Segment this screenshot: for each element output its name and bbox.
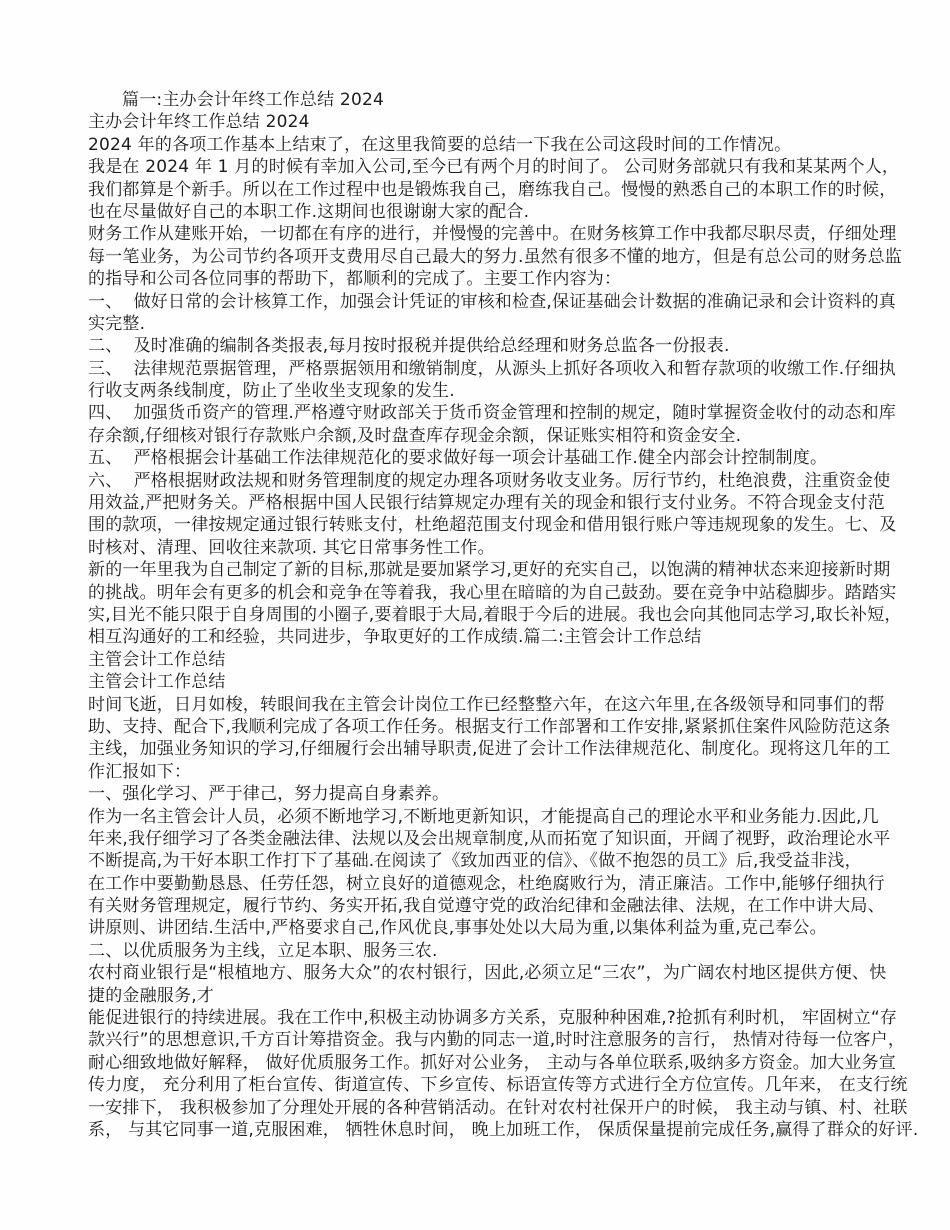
text-line: 耐心细致地做好解释， 做好优质服务工作。抓好对公业务， 主动与各单位联系,吸纳多…	[88, 1052, 920, 1074]
text-line: 主办会计年终工作总结 2024	[88, 111, 920, 133]
text-line: 一安排下， 我积极参加了分理处开展的各种营销活动。在针对农村社保开户的时候， 我…	[88, 1097, 920, 1119]
text-line: 系， 与其它同事一道,克服困难， 牺牲休息时间， 晚上加班工作， 保质保量提前完…	[88, 1119, 920, 1141]
text-line: 一、 做好日常的会计核算工作，加强会计凭证的审核和检查,保证基础会计数据的准确记…	[88, 291, 920, 313]
text-line: 用效益,严把财务关。严格根据中国人民银行结算规定办理有关的现金和银行支付业务。不…	[88, 492, 920, 514]
text-line: 财务工作从建账开始，一切都在有序的进行，并慢慢的完善中。在财务核算工作中我都尽职…	[88, 223, 920, 245]
text-line: 二、以优质服务为主线，立足本职、服务三农.	[88, 940, 920, 962]
text-line: 的挑战。明年会有更多的机会和竞争在等着我，我心里在暗暗的为自己鼓劲。要在竞争中站…	[88, 582, 920, 604]
text-line: 每一笔业务，为公司节约各项开支费用尽自己最大的努力.虽然有很多不懂的地方，但是有…	[88, 246, 920, 268]
document-page: 篇一:主办会计年终工作总结 2024主办会计年终工作总结 20242024 年的…	[0, 0, 950, 1230]
text-line: 二、 及时准确的编制各类报表,每月按时报税并提供给总经理和财务总监各一份报表.	[88, 335, 920, 357]
text-line: 捷的金融服务,才	[88, 985, 920, 1007]
text-line: 有关财务管理规定，履行节约、务实开拓,我自觉遵守党的政治纪律和金融法律、法规，在…	[88, 895, 920, 917]
text-line: 讲原则、讲团结.生活中,严格要求自己,作风优良,事事处处以大局为重,以集体利益为…	[88, 917, 920, 939]
text-line: 时间飞逝，日月如梭，转眼间我在主管会计岗位工作已经整整六年，在这六年里,在各级领…	[88, 694, 920, 716]
text-line: 也在尽量做好自己的本职工作.这期间也很谢谢大家的配合.	[88, 201, 920, 223]
text-line: 篇一:主办会计年终工作总结 2024	[88, 89, 920, 111]
text-line: 2024 年的各项工作基本上结束了，在这里我简要的总结一下我在公司这段时间的工作…	[88, 134, 920, 156]
text-line: 四、 加强货币资产的管理.严格遵守财政部关于货币资金管理和控制的规定，随时掌握资…	[88, 402, 920, 424]
document-body: 篇一:主办会计年终工作总结 2024主办会计年终工作总结 20242024 年的…	[88, 89, 920, 1141]
text-line: 实完整.	[88, 313, 920, 335]
text-line: 时核对、清理、回收往来款项. 其它日常事务性工作。	[88, 537, 920, 559]
text-line: 在工作中要勤勤恳恳、任劳任怨，树立良好的道德观念，杜绝腐败行为，清正廉洁。工作中…	[88, 873, 920, 895]
text-line: 作汇报如下：	[88, 761, 920, 783]
text-line: 三、 法律规范票据管理，严格票据领用和缴销制度，从源头上抓好各项收入和暂存款项的…	[88, 358, 920, 380]
text-line: 传力度， 充分利用了柜台宣传、街道宣传、下乡宣传、标语宣传等方式进行全方位宣传。…	[88, 1074, 920, 1096]
text-line: 能促进银行的持续进展。我在工作中,积极主动协调多方关系，克服种种困难,?抢抓有利…	[88, 1007, 920, 1029]
text-line: 主线，加强业务知识的学习,仔细履行会出辅导职责,促进了会计工作法律规范化、制度化…	[88, 738, 920, 760]
text-line: 五、 严格根据会计基础工作法律规范化的要求做好每一项会计基础工作.健全内部会计控…	[88, 447, 920, 469]
text-line: 相互沟通好的工和经验，共同进步，争取更好的工作成绩.篇二:主管会计工作总结	[88, 626, 920, 648]
text-line: 实,目光不能只限于自身周围的小圈子,要着眼于大局,着眼于今后的进展。我也会向其他…	[88, 604, 920, 626]
text-line: 存余额,仔细核对银行存款账户余额,及时盘查库存现金余额，保证账实相符和资金安全.	[88, 425, 920, 447]
text-line: 款兴行”的思想意识,千方百计筹措资金。我与内勤的同志一道,时时注意服务的言行， …	[88, 1029, 920, 1051]
text-line: 围的款项，一律按规定通过银行转账支付，杜绝超范围支付现金和借用银行账户等违规现象…	[88, 514, 920, 536]
text-line: 新的一年里我为自己制定了新的目标,那就是要加紧学习,更好的充实自己，以饱满的精神…	[88, 559, 920, 581]
text-line: 我是在 2024 年 1 月的时候有幸加入公司,至今已有两个月的时间了。 公司财…	[88, 156, 920, 178]
text-line: 作为一名主管会计人员，必须不断地学习,不断地更新知识，才能提高自己的理论水平和业…	[88, 806, 920, 828]
text-line: 助、支持、配合下,我顺利完成了各项工作任务。根据支行工作部署和工作安排,紧紧抓住…	[88, 716, 920, 738]
text-line: 年来,我仔细学习了各类金融法律、法规以及会出规章制度,从而拓宽了知识面，开阔了视…	[88, 828, 920, 850]
text-line: 的指导和公司各位同事的帮助下，都顺利的完成了。主要工作内容为：	[88, 268, 920, 290]
text-line: 一、强化学习、严于律己，努力提高自身素养。	[88, 783, 920, 805]
text-line: 我们都算是个新手。所以在工作过程中也是锻炼我自己，磨练我自己。慢慢的熟悉自己的本…	[88, 179, 920, 201]
text-line: 六、 严格根据财政法规和财务管理制度的规定办理各项财务收支业务。厉行节约，杜绝浪…	[88, 470, 920, 492]
text-line: 主管会计工作总结	[88, 649, 920, 671]
text-line: 主管会计工作总结	[88, 671, 920, 693]
text-line: 行收支两条线制度，防止了坐收坐支现象的发生.	[88, 380, 920, 402]
text-line: 农村商业银行是“根植地方、服务大众”的农村银行，因此,必须立足“三农”，为广阔农…	[88, 962, 920, 984]
text-line: 不断提高,为干好本职工作打下了基础.在阅读了《致加西亚的信》、《做不抱怨的员工》…	[88, 850, 920, 872]
